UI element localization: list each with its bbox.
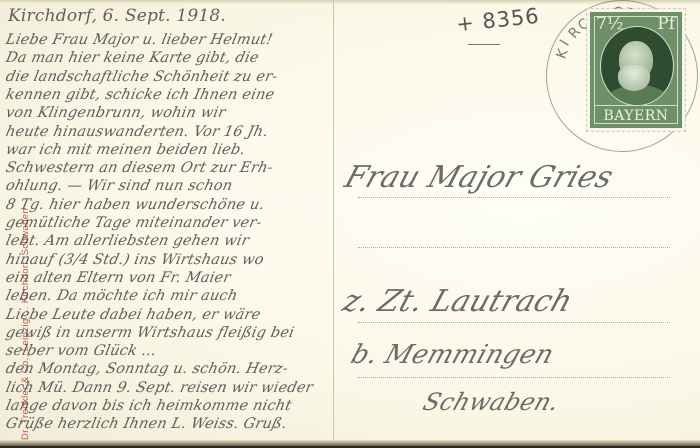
message-line: gemütliche Tage miteinander ver- — [4, 215, 333, 231]
message-line: selber vom Glück ... — [4, 343, 333, 359]
message-line: lange davon bis ich heimkomme nicht — [4, 398, 333, 414]
address-line-2 — [358, 247, 670, 248]
address-line-3 — [358, 322, 670, 323]
message-line: Da man hier keine Karte gibt, die — [4, 50, 333, 66]
message-line: lebt. Am allerliebsten gehen wir — [4, 233, 333, 249]
message-line: Grüße herzlich Ihnen L. Weiss. Gruß. — [4, 416, 333, 432]
reference-mark: + 8356 — [455, 4, 541, 37]
address-line-1 — [358, 197, 670, 198]
postage-stamp: 7½ Pf BAYERN — [590, 12, 682, 128]
message-line: Liebe Frau Major u. lieber Helmut! — [4, 32, 333, 48]
card-top-edge — [0, 0, 700, 4]
message-line: lich Mü. Dann 9. Sept. reisen wir wieder — [4, 380, 333, 396]
message-line: kennen gibt, schicke ich Ihnen eine — [4, 87, 333, 103]
message-line: Liebe Leute dabei haben, er wäre — [4, 307, 333, 323]
message-line: die landschaftliche Schönheit zu er- — [4, 69, 333, 85]
message-line: von Klingenbrunn, wohin wir — [4, 105, 333, 121]
message-line: Schwestern an diesem Ort zur Erh- — [4, 160, 333, 176]
address-recipient: Frau Major Gries — [340, 160, 617, 195]
postcard: Dr. Trenkler & Co., Leipzig ... Kirchdor… — [0, 0, 700, 446]
address-region: Schwaben. — [419, 388, 563, 416]
message-line: den Montag, Sonntag u. schön. Herz- — [4, 361, 333, 377]
message-date-line: Kirchdorf, 6. Sept. 1918. — [8, 6, 226, 26]
stamp-country: BAYERN — [594, 105, 678, 124]
message-line: heute hinauswanderten. Vor 16 Jh. — [4, 124, 333, 140]
message-line: ein alten Eltern von Fr. Maier — [4, 270, 333, 286]
message-line: 8 Tg. hier haben wunderschöne u. — [4, 197, 333, 213]
address-line-4 — [358, 377, 670, 378]
stamp-portrait-icon — [600, 26, 674, 106]
reference-underline — [468, 44, 500, 45]
address-place: z. Zt. Lautrach — [338, 284, 577, 319]
message-line: leben. Da möchte ich mir auch — [4, 288, 333, 304]
message-line: hinauf (3/4 Std.) ins Wirtshaus wo — [4, 252, 333, 268]
message-line: gewiß in unserm Wirtshaus fleißig bei — [4, 325, 333, 341]
message-line: ohlung. — Wir sind nun schon — [4, 178, 333, 194]
address-near: b. Memmingen — [347, 340, 557, 370]
message-line: war ich mit meinen beiden lieb. — [4, 142, 333, 158]
stamp-unit: Pf — [657, 14, 675, 34]
